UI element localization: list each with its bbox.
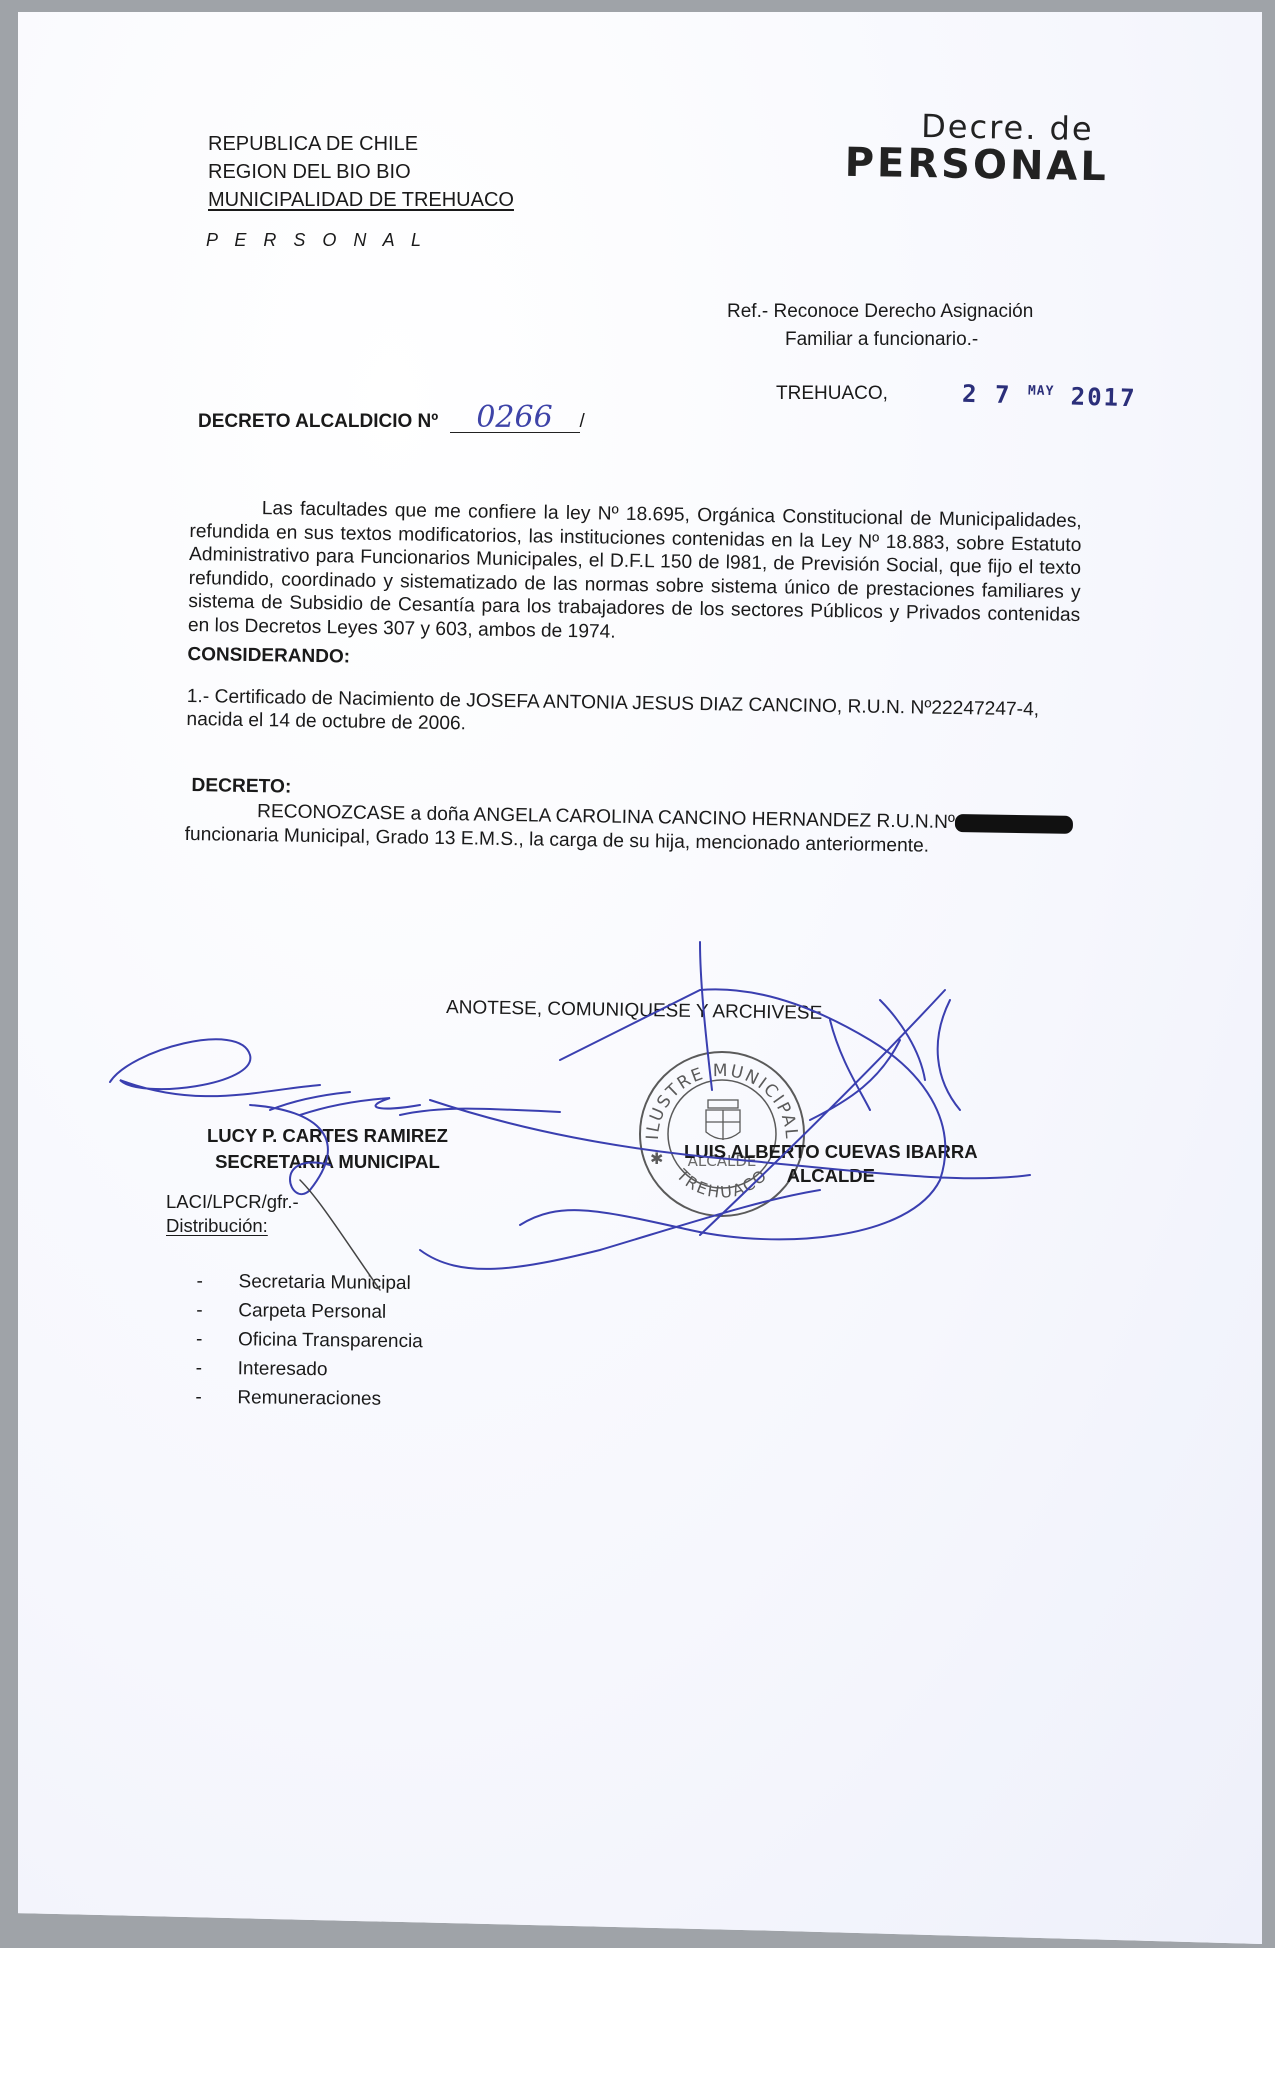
list-item: -Remuneraciones — [195, 1383, 422, 1414]
initials: LACI/LPCR/gfr.- — [166, 1190, 299, 1214]
personal-stamp: Decre. de PERSONAL — [844, 106, 1109, 187]
list-item: -Secretaria Municipal — [196, 1267, 423, 1298]
header-department: P E R S O N A L — [206, 230, 427, 251]
city-label: TREHUACO, — [776, 383, 888, 405]
mayor-title: ALCALDE — [684, 1164, 978, 1188]
date-year: 2017 — [1070, 383, 1137, 413]
secretary-name: LUCY P. CARTES RAMIREZ — [207, 1123, 448, 1149]
distribution-list: -Secretaria Municipal -Carpeta Personal … — [195, 1267, 423, 1414]
header-country: REPUBLICA DE CHILE — [208, 130, 418, 158]
distribution-label: Distribución: — [166, 1214, 299, 1238]
mayor-name: LUIS ALBERTO CUEVAS IBARRA — [684, 1140, 978, 1164]
decree-number-line: DECRETO ALCALDICIO Nº 0266/ — [198, 404, 585, 433]
svg-text:ILUSTRE MUNICIPALIDAD: ILUSTRE MUNICIPALIDAD — [636, 1048, 801, 1141]
redacted-run — [955, 814, 1073, 834]
reference-line2: Familiar a funcionario.- — [727, 326, 1033, 354]
preamble-paragraph: Las facultades que me confiere la ley Nº… — [188, 496, 1082, 651]
decree-label: DECRETO ALCALDICIO Nº — [198, 411, 438, 432]
document-page — [18, 12, 1262, 1944]
date-day: 2 7 — [962, 380, 1012, 409]
mayor-signature-block: LUIS ALBERTO CUEVAS IBARRA ALCALDE — [684, 1140, 978, 1188]
stamp-line2: PERSONAL — [844, 144, 1109, 187]
header-municipality: MUNICIPALIDAD DE TREHUACO — [208, 186, 514, 214]
date-month: MAY — [1028, 383, 1055, 399]
seal-star-icon: ✱ — [650, 1151, 663, 1168]
considerando-item: 1.- Certificado de Nacimiento de JOSEFA … — [186, 684, 1079, 745]
coat-of-arms-icon — [706, 1100, 740, 1140]
list-item: -Carpeta Personal — [196, 1296, 423, 1327]
secretary-title: SECRETARIA MUNICIPAL — [207, 1149, 448, 1175]
secretary-signature-block: LUCY P. CARTES RAMIREZ SECRETARIA MUNICI… — [207, 1123, 448, 1175]
list-item: -Oficina Transparencia — [196, 1325, 423, 1356]
reference-label: Ref.- — [727, 301, 768, 322]
decree-number-handwritten: 0266 — [450, 404, 580, 433]
date-stamp: 2 7 MAY 2017 — [962, 380, 1137, 413]
decree-body: Las facultades que me confiere la ley Nº… — [185, 496, 1082, 860]
reference-line1: Reconoce Derecho Asignación — [773, 301, 1033, 322]
header-region: REGION DEL BIO BIO — [208, 158, 411, 186]
reference-block: Ref.- Reconoce Derecho Asignación Famili… — [727, 298, 1033, 354]
list-item: -Interesado — [196, 1354, 423, 1385]
municipal-seal: ILUSTRE MUNICIPALIDAD TREHUACO ALCALDE ✱ — [636, 1048, 808, 1220]
seal-top-text: ILUSTRE MUNICIPALIDAD — [636, 1048, 801, 1141]
footer-block: LACI/LPCR/gfr.- Distribución: — [166, 1190, 299, 1238]
